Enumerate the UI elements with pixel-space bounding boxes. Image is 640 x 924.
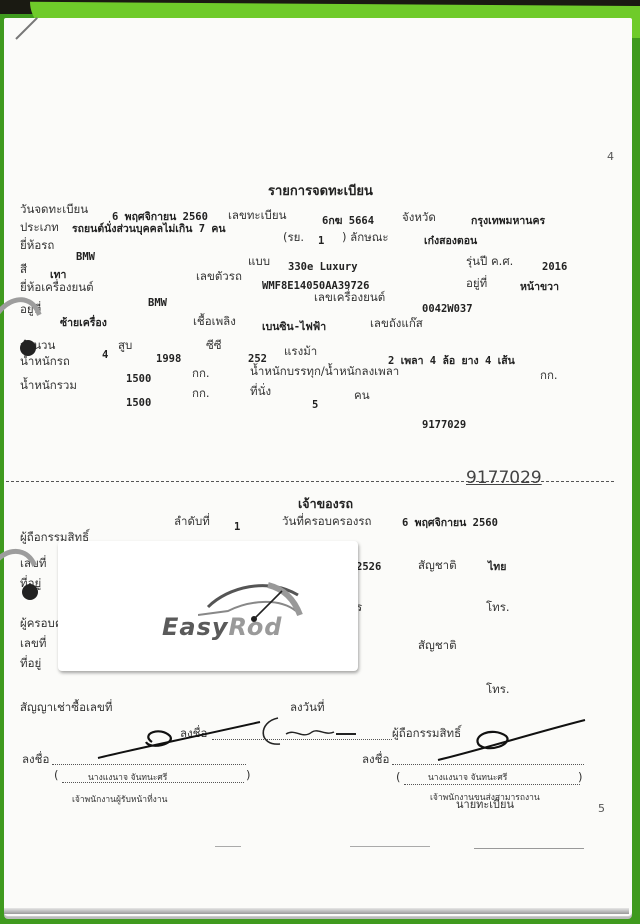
gross-weight-label: น้ำหนักรวม [20, 380, 77, 392]
reg-date-label: วันจดทะเบียน [20, 204, 88, 216]
binder-hole-top [20, 340, 36, 356]
order-label: ลำดับที่ [174, 516, 210, 528]
ry-value: 1 [318, 236, 324, 247]
order-number: 1 [234, 522, 240, 533]
watermark-logo: EasyRod [162, 613, 282, 641]
watermark-card: EasyRod [58, 541, 358, 671]
chassis-location: หน้าขวา [520, 282, 559, 293]
page-number-top: 4 [607, 150, 614, 163]
faint-line [474, 848, 584, 849]
binder-hole-bottom [22, 584, 38, 600]
possess-date: 6 พฤศจิกายน 2560 [402, 518, 498, 529]
engine-number-label: เลขเครื่องยนต์ [314, 292, 385, 304]
officer-name-line [62, 782, 244, 783]
officer-title: เจ้าพนักงานผู้รับหน้าที่งาน [72, 792, 167, 806]
seats-label: ที่นั่ง [250, 386, 271, 398]
reg-date: 6 พฤศจิกายน 2560 [112, 212, 208, 223]
serial-number: 9177029 [422, 420, 466, 431]
logo-part-rod: Rod [229, 613, 283, 641]
model: 330e Luxury [288, 262, 358, 273]
model-label: แบบ [248, 256, 270, 268]
axle-tires: 2 เพลา 4 ล้อ ยาง 4 เส้น [388, 356, 515, 367]
nationality: ไทย [488, 562, 506, 573]
color-label: สี [20, 264, 27, 276]
registrar-name-line [404, 784, 580, 785]
officer-sign-line [52, 764, 246, 765]
model-year: 2016 [542, 262, 567, 273]
possess-date-label: วันที่ครอบครองรถ [282, 516, 372, 528]
registrar-sign-label: ลงชื่อ [362, 754, 389, 766]
province-label: จังหวัด [402, 212, 436, 224]
year-label: รุ่นปี ค.ศ. [466, 256, 513, 268]
faint-line [215, 846, 241, 847]
vehicle-type: รถยนต์นั่งส่วนบุคคลไม่เกิน 7 คน [72, 224, 226, 235]
officer-paren-close: ) [246, 770, 251, 782]
holder-tel-label: โทร. [486, 602, 510, 614]
engine-brand: BMW [148, 298, 167, 309]
engine-cc: 1998 [156, 354, 181, 365]
brand-label: ยี่ห้อรถ [20, 240, 54, 252]
serial-number-dashed: 9177029 [466, 470, 542, 487]
possessor-tel-label: โทร. [486, 684, 510, 696]
holder-birth-year: 2526 [356, 562, 381, 573]
cc-unit: ซีซี [206, 340, 222, 352]
possessor-address-label: ที่อยู่ [20, 658, 41, 670]
vehicle-weight: 1500 [126, 374, 151, 385]
nationality-label: สัญชาติ [418, 560, 457, 572]
page-number-bottom: 5 [598, 802, 605, 815]
style-label: ) ลักษณะ [342, 232, 389, 244]
body-style: เก๋งสองตอน [424, 236, 477, 247]
engine-brand-label: ยี่ห้อเครื่องยนต์ [20, 282, 94, 294]
logo-part-easy: Easy [162, 613, 229, 641]
registrar-name: นางแงนาจ จันทนะศรี [428, 770, 507, 784]
possessor-nationality-label: สัญชาติ [418, 640, 457, 652]
horsepower: 252 [248, 354, 267, 365]
registrar-paren-close: ) [578, 772, 583, 784]
registrar-title-line2: นายทะเบียน [456, 799, 514, 810]
gross-weight-unit: กก. [192, 388, 210, 400]
brand: BMW [76, 252, 95, 263]
registrar-sign-line [392, 764, 584, 765]
hp-unit: แรงม้า [284, 346, 317, 358]
engine-number: 0042W037 [422, 304, 473, 315]
document-title: รายการจดทะเบียน [268, 180, 373, 201]
chassis-label: เลขตัวรถ [196, 271, 242, 283]
registrar-signature-scribble [430, 714, 590, 764]
ry-label: (รย. [283, 232, 304, 244]
possessor-id-label: เลขที่ [20, 638, 46, 650]
cylinder-unit: สูบ [118, 340, 132, 352]
fuel-label: เชื้อเพลิง [193, 316, 236, 328]
color: เทา [50, 270, 66, 281]
seats-unit: คน [354, 390, 370, 402]
holder-signature-scribble [238, 712, 368, 752]
plate-label: เลขทะเบียน [228, 210, 286, 222]
type-label: ประเภท [20, 222, 59, 234]
officer-paren-open: ( [54, 770, 59, 782]
load-label: น้ำหนักบรรทุก/น้ำหนักลงเพลา [250, 366, 399, 378]
engine-location: ซ้ายเครื่อง [60, 318, 107, 329]
owner-heading: เจ้าของรถ [298, 494, 353, 514]
cylinders: 4 [102, 350, 108, 361]
registrar-paren-open: ( [396, 772, 401, 784]
weight-unit: กก. [192, 368, 210, 380]
chassis-location-label: อยู่ที่ [466, 278, 487, 290]
seats: 5 [312, 400, 318, 411]
officer-sign-label: ลงชื่อ [22, 754, 49, 766]
gross-weight: 1500 [126, 398, 151, 409]
fuel: เบนซิน-ไฟฟ้า [262, 322, 326, 333]
plate-number: 6กฆ 5664 [322, 216, 374, 227]
load-unit: กก. [540, 370, 558, 382]
province: กรุงเทพมหานคร [471, 216, 545, 227]
faint-line [350, 846, 430, 847]
gas-tank-label: เลขถังแก๊ส [370, 318, 423, 330]
page-stack-edge [4, 908, 629, 914]
